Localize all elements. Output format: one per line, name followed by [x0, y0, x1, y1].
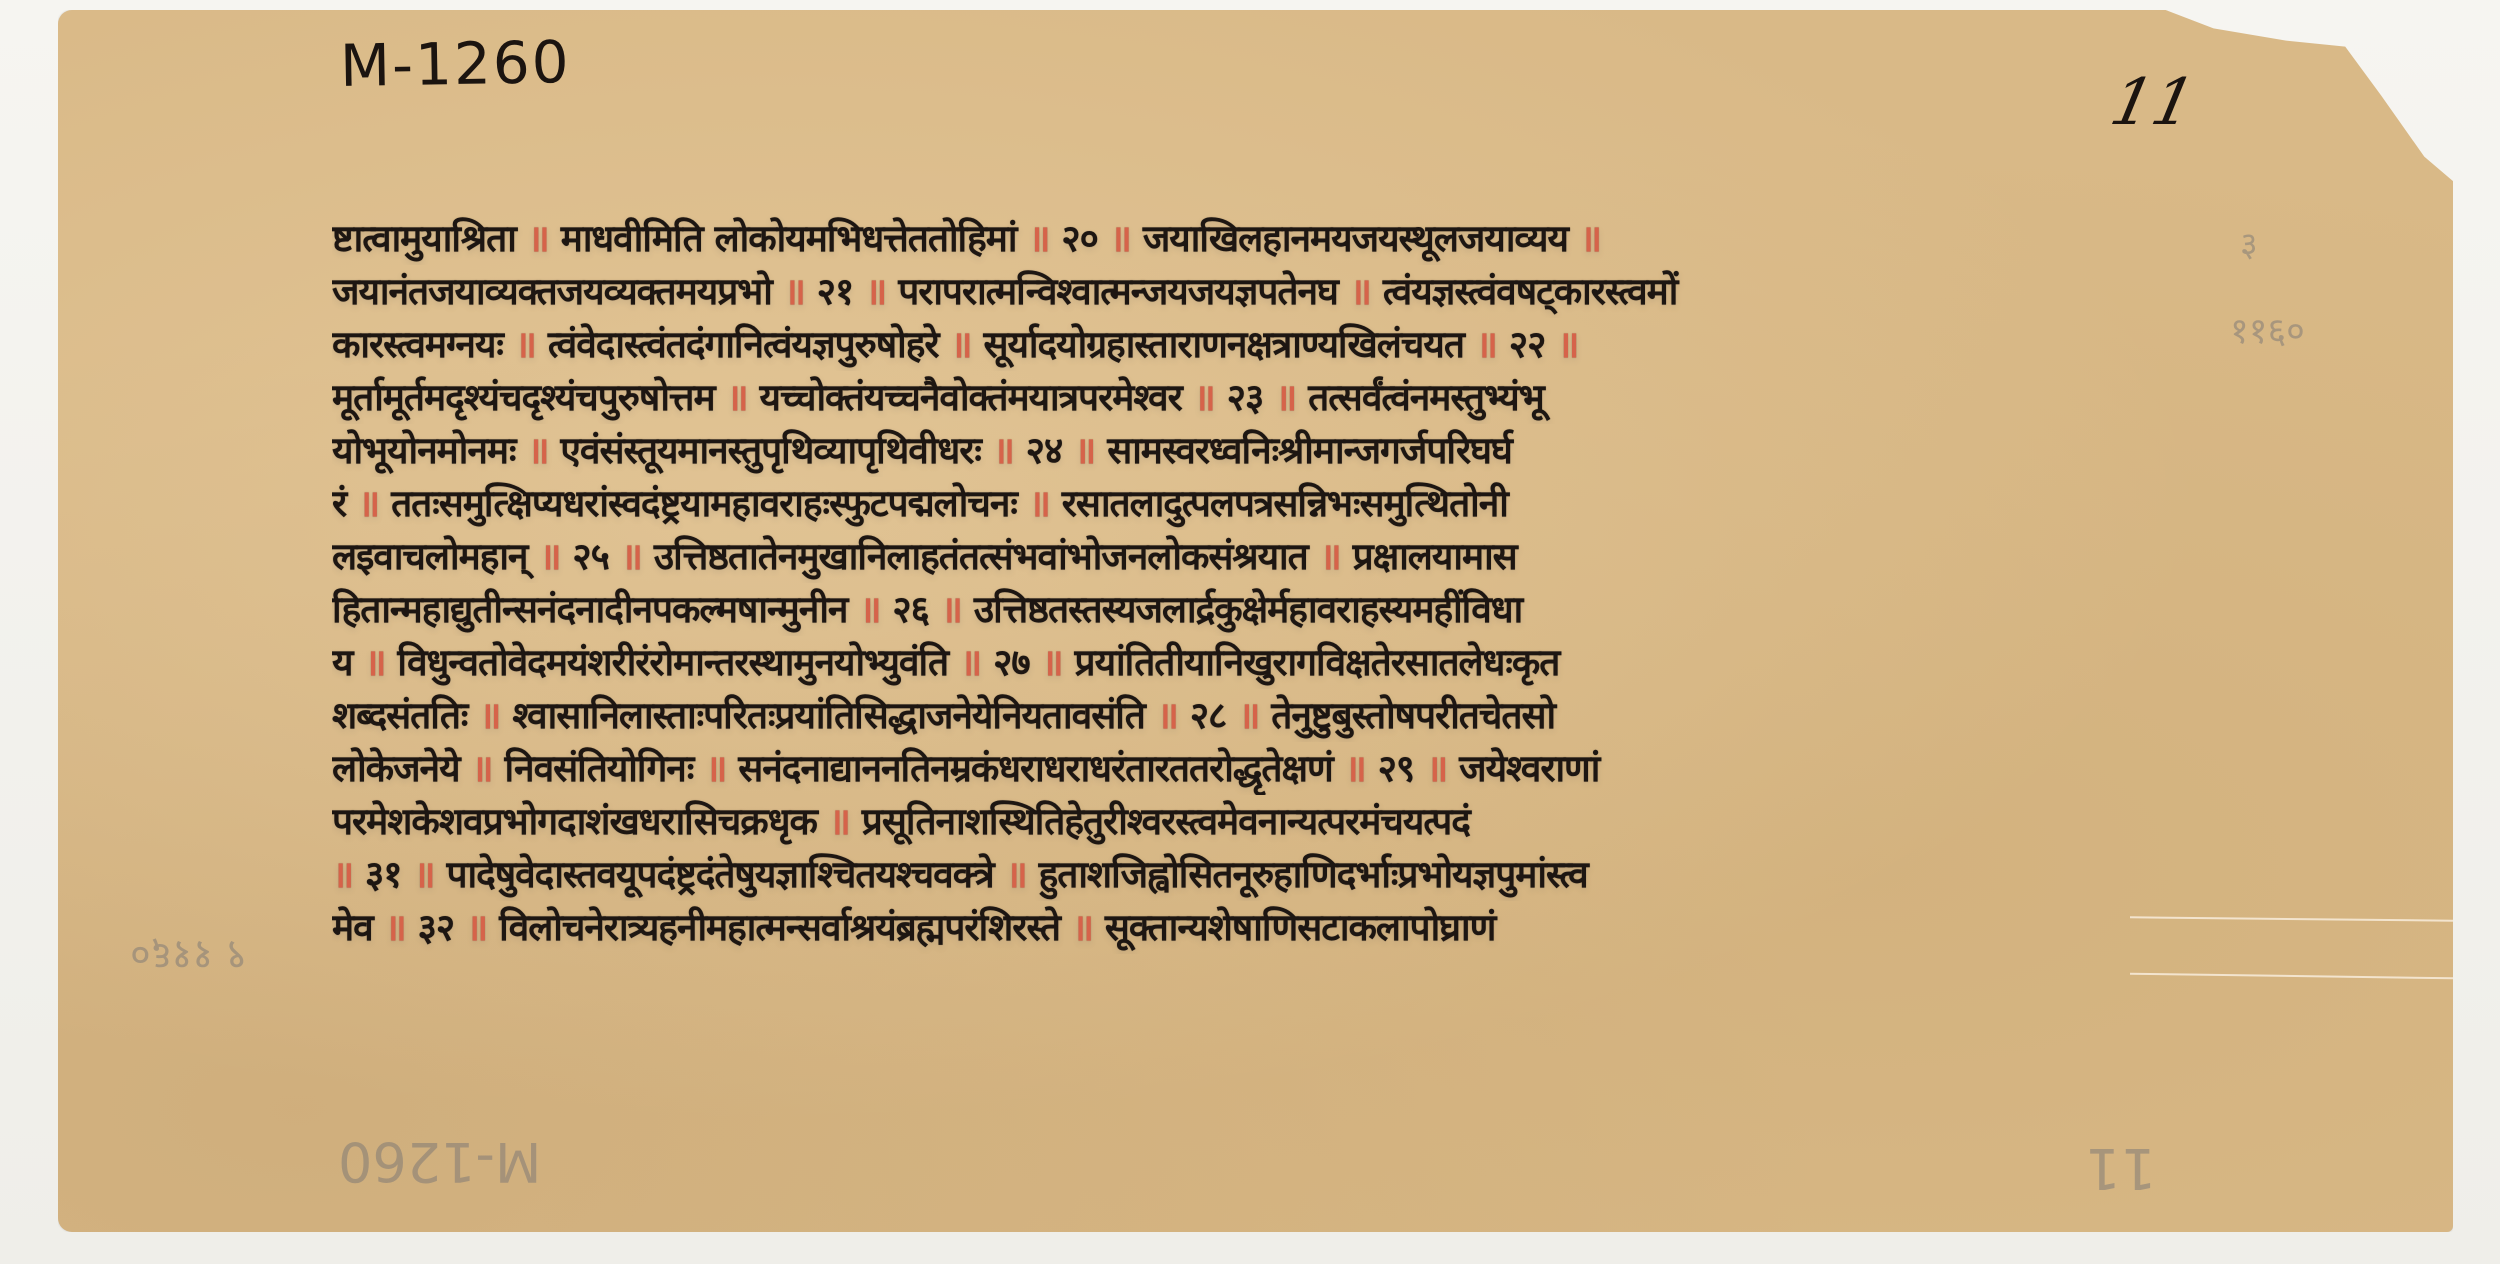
- left-margin-faint-mark: ९ ११६०: [130, 930, 247, 985]
- text-line-14: मेव ॥ ३२ ॥ विलोचनेरात्र्यहनीमहात्मन्सर्व…: [332, 901, 2232, 954]
- danda-mark: ॥: [1476, 323, 1497, 366]
- danda-mark: ॥: [515, 323, 536, 366]
- danda-mark: ॥: [479, 694, 500, 737]
- shelfmark-label: M-1260: [339, 28, 571, 100]
- danda-mark: ॥: [705, 747, 726, 790]
- danda-mark: ॥: [358, 482, 379, 525]
- danda-mark: ॥: [527, 429, 548, 472]
- text-line-12: परमेशकेशवप्रभोगदाशंखधरासिचक्रधृक ॥ प्रसू…: [332, 795, 2232, 848]
- danda-mark: ॥: [364, 641, 385, 684]
- danda-mark: ॥: [1029, 482, 1050, 525]
- text-line-11: लोकेजनेये ॥ निवसंतियोगिनः ॥ सनंदनाद्यानन…: [332, 742, 2232, 795]
- danda-mark: ॥: [1041, 641, 1062, 684]
- danda-mark: ॥: [1320, 535, 1341, 578]
- danda-mark: ॥: [950, 323, 971, 366]
- danda-mark: ॥: [1350, 270, 1371, 313]
- danda-mark: ॥: [332, 853, 353, 896]
- danda-mark: ॥: [466, 906, 487, 949]
- danda-mark: ॥: [1580, 217, 1601, 260]
- danda-mark: ॥: [1345, 747, 1366, 790]
- danda-mark: ॥: [993, 429, 1014, 472]
- danda-mark: ॥: [1557, 323, 1578, 366]
- danda-mark: ॥: [960, 641, 981, 684]
- danda-mark: ॥: [1110, 217, 1131, 260]
- danda-mark: ॥: [1006, 853, 1027, 896]
- danda-mark: ॥: [865, 270, 886, 313]
- text-line-10: शब्दसंततिः ॥ श्वासानिलास्ताःपरितःप्रयांत…: [332, 689, 2232, 742]
- danda-mark: ॥: [941, 588, 962, 631]
- text-line-4: मूर्तामूर्तमदृश्यंचदृश्यंचपुरुषोत्तम ॥ य…: [332, 371, 2232, 424]
- text-line-1: ष्टात्वामुयाश्रिता ॥ माधवीमिति लोकोयमभिध…: [332, 212, 2232, 265]
- danda-mark: ॥: [1072, 906, 1093, 949]
- bleedthrough-shelfmark: M-1260: [338, 1130, 542, 1193]
- text-line-9: य ॥ विधुन्वतोवेदमयंशरीरंरोमान्तरस्थामुनय…: [332, 636, 2232, 689]
- danda-mark: ॥: [726, 376, 747, 419]
- danda-mark: ॥: [1157, 694, 1178, 737]
- danda-mark: ॥: [539, 535, 560, 578]
- danda-mark: ॥: [528, 217, 549, 260]
- text-line-13: ॥ ३१ ॥ पादेषुवेदास्तवयूपदंष्ट्रदंतेषुयज्…: [332, 848, 2232, 901]
- danda-mark: ॥: [1194, 376, 1215, 419]
- danda-mark: ॥: [621, 535, 642, 578]
- danda-mark: ॥: [1074, 429, 1095, 472]
- danda-mark: ॥: [784, 270, 805, 313]
- text-line-5: योभूयोनमोनमः ॥ एवंसंस्तूयमानस्तुपृथिव्या…: [332, 424, 2232, 477]
- danda-mark: ॥: [471, 747, 492, 790]
- text-line-8: हितान्महाद्युतीन्सनंदनादीनपकल्मषान्मुनीन…: [332, 583, 2232, 636]
- danda-mark: ॥: [413, 853, 434, 896]
- folio-number: 11: [2104, 66, 2201, 140]
- danda-mark: ॥: [1028, 217, 1049, 260]
- text-line-2: जयानंतजयाव्यक्तजयव्यक्तमयप्रभो ॥ २१ ॥ पर…: [332, 265, 2232, 318]
- right-margin-faint-mark: ३: [2240, 220, 2258, 266]
- text-line-6: रं ॥ ततःसमुत्क्षिप्यधरांस्वदंष्ट्रयामहाव…: [332, 477, 2232, 530]
- danda-mark: ॥: [1426, 747, 1447, 790]
- text-line-3: कारस्त्वमग्नयः ॥ त्वंवेदास्त्वंतदंगानित्…: [332, 318, 2232, 371]
- danda-mark: ॥: [1275, 376, 1296, 419]
- right-margin-faint-folio-mark: ११६०: [2230, 305, 2305, 354]
- danda-mark: ॥: [385, 906, 406, 949]
- danda-mark: ॥: [829, 800, 850, 843]
- danda-mark: ॥: [859, 588, 880, 631]
- danda-mark: ॥: [1238, 694, 1259, 737]
- text-line-7: लइवाचलोमहान् ॥ २५ ॥ उत्तिष्ठतातेनमुखानिल…: [332, 530, 2232, 583]
- bleedthrough-folio-number: 11: [2085, 1135, 2156, 1200]
- manuscript-text-block: ष्टात्वामुयाश्रिता ॥ माधवीमिति लोकोयमभिध…: [332, 212, 2232, 954]
